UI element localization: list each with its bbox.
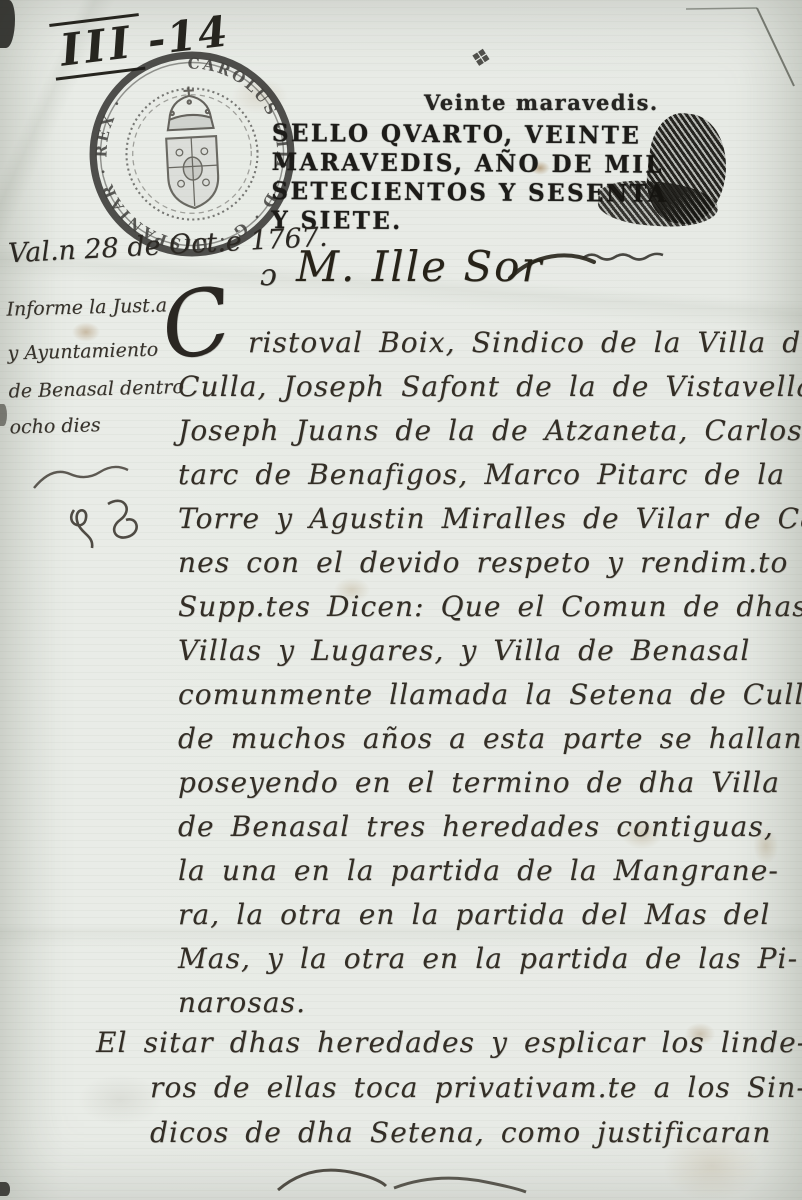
body-line: la una en la partida de la Mangrane-	[178, 854, 802, 898]
petition-line: ros de ellas toca privativam.te a los Si…	[150, 1071, 802, 1116]
body-line: nes con el devido respeto y rendim.to	[178, 546, 802, 590]
scan-artifact-top-left	[0, 0, 15, 48]
manuscript-page: III-14 CAROLUS · III · D · G · HISPANIAR…	[0, 0, 802, 1200]
body-line: de muchos años a esta parte se hallan	[178, 722, 802, 766]
body-line: Villas y Lugares, y Villa de Benasal	[178, 634, 802, 678]
body-line: Joseph Juans de la de Atzaneta, Carlos P…	[178, 414, 802, 458]
body-line: ra, la otra en la partida del Mas del	[178, 898, 802, 942]
tax-stamp-header: Veinte maravedis.	[424, 90, 659, 115]
rubric-flourish	[22, 448, 162, 553]
salutation-dash-flourish	[580, 246, 675, 268]
tax-stamp-line: MARAVEDIS, AÑO DE MIL	[272, 147, 669, 179]
body-line: Torre y Agustin Miralles de Vilar de Ca-	[178, 502, 802, 546]
petition-line: El sitar dhas heredades y esplicar los l…	[96, 1026, 802, 1071]
petition-clause: El sitar dhas heredades y esplicar los l…	[96, 1026, 802, 1161]
tax-stamp-text-block: SELLO QVARTO, VEINTE MARAVEDIS, AÑO DE M…	[271, 118, 668, 237]
body-line: narosas.	[178, 986, 802, 1030]
body-line: Mas, y la otra en la partida de las Pi-	[178, 942, 802, 986]
body-text: ristoval Boix, Sindico de la Villa de Cu…	[178, 326, 802, 1030]
body-line: poseyendo en el termino de dha Villa	[178, 766, 802, 810]
printer-ornament-icon: ❖	[467, 42, 494, 74]
margin-note-line: ocho dies	[9, 411, 205, 438]
tax-stamp-line: SELLO QVARTO, VEINTE	[272, 118, 669, 150]
body-line: de Benasal tres heredades contiguas,	[178, 810, 802, 854]
scan-artifact-bottom-left	[0, 1182, 10, 1196]
cut-off-stroke	[268, 1156, 558, 1200]
petition-line: dicos de dha Setena, como justificaran	[150, 1116, 802, 1161]
body-line: Supp.tes Dicen: Que el Comun de dhas	[178, 590, 802, 634]
body-line: tarc de Benafigos, Marco Pitarc de la	[178, 458, 802, 502]
body-line: comunmente llamada la Setena de Culla	[178, 678, 802, 722]
scan-artifact-left-edge	[0, 404, 7, 426]
paper-corner-fold-edge	[680, 0, 802, 100]
seal-coat-of-arms	[166, 136, 220, 209]
body-line: ristoval Boix, Sindico de la Villa de	[178, 326, 802, 370]
body-line: Culla, Joseph Safont de la de Vistavella…	[178, 370, 802, 414]
salutation-flourish-mark: ɔ	[260, 258, 277, 293]
